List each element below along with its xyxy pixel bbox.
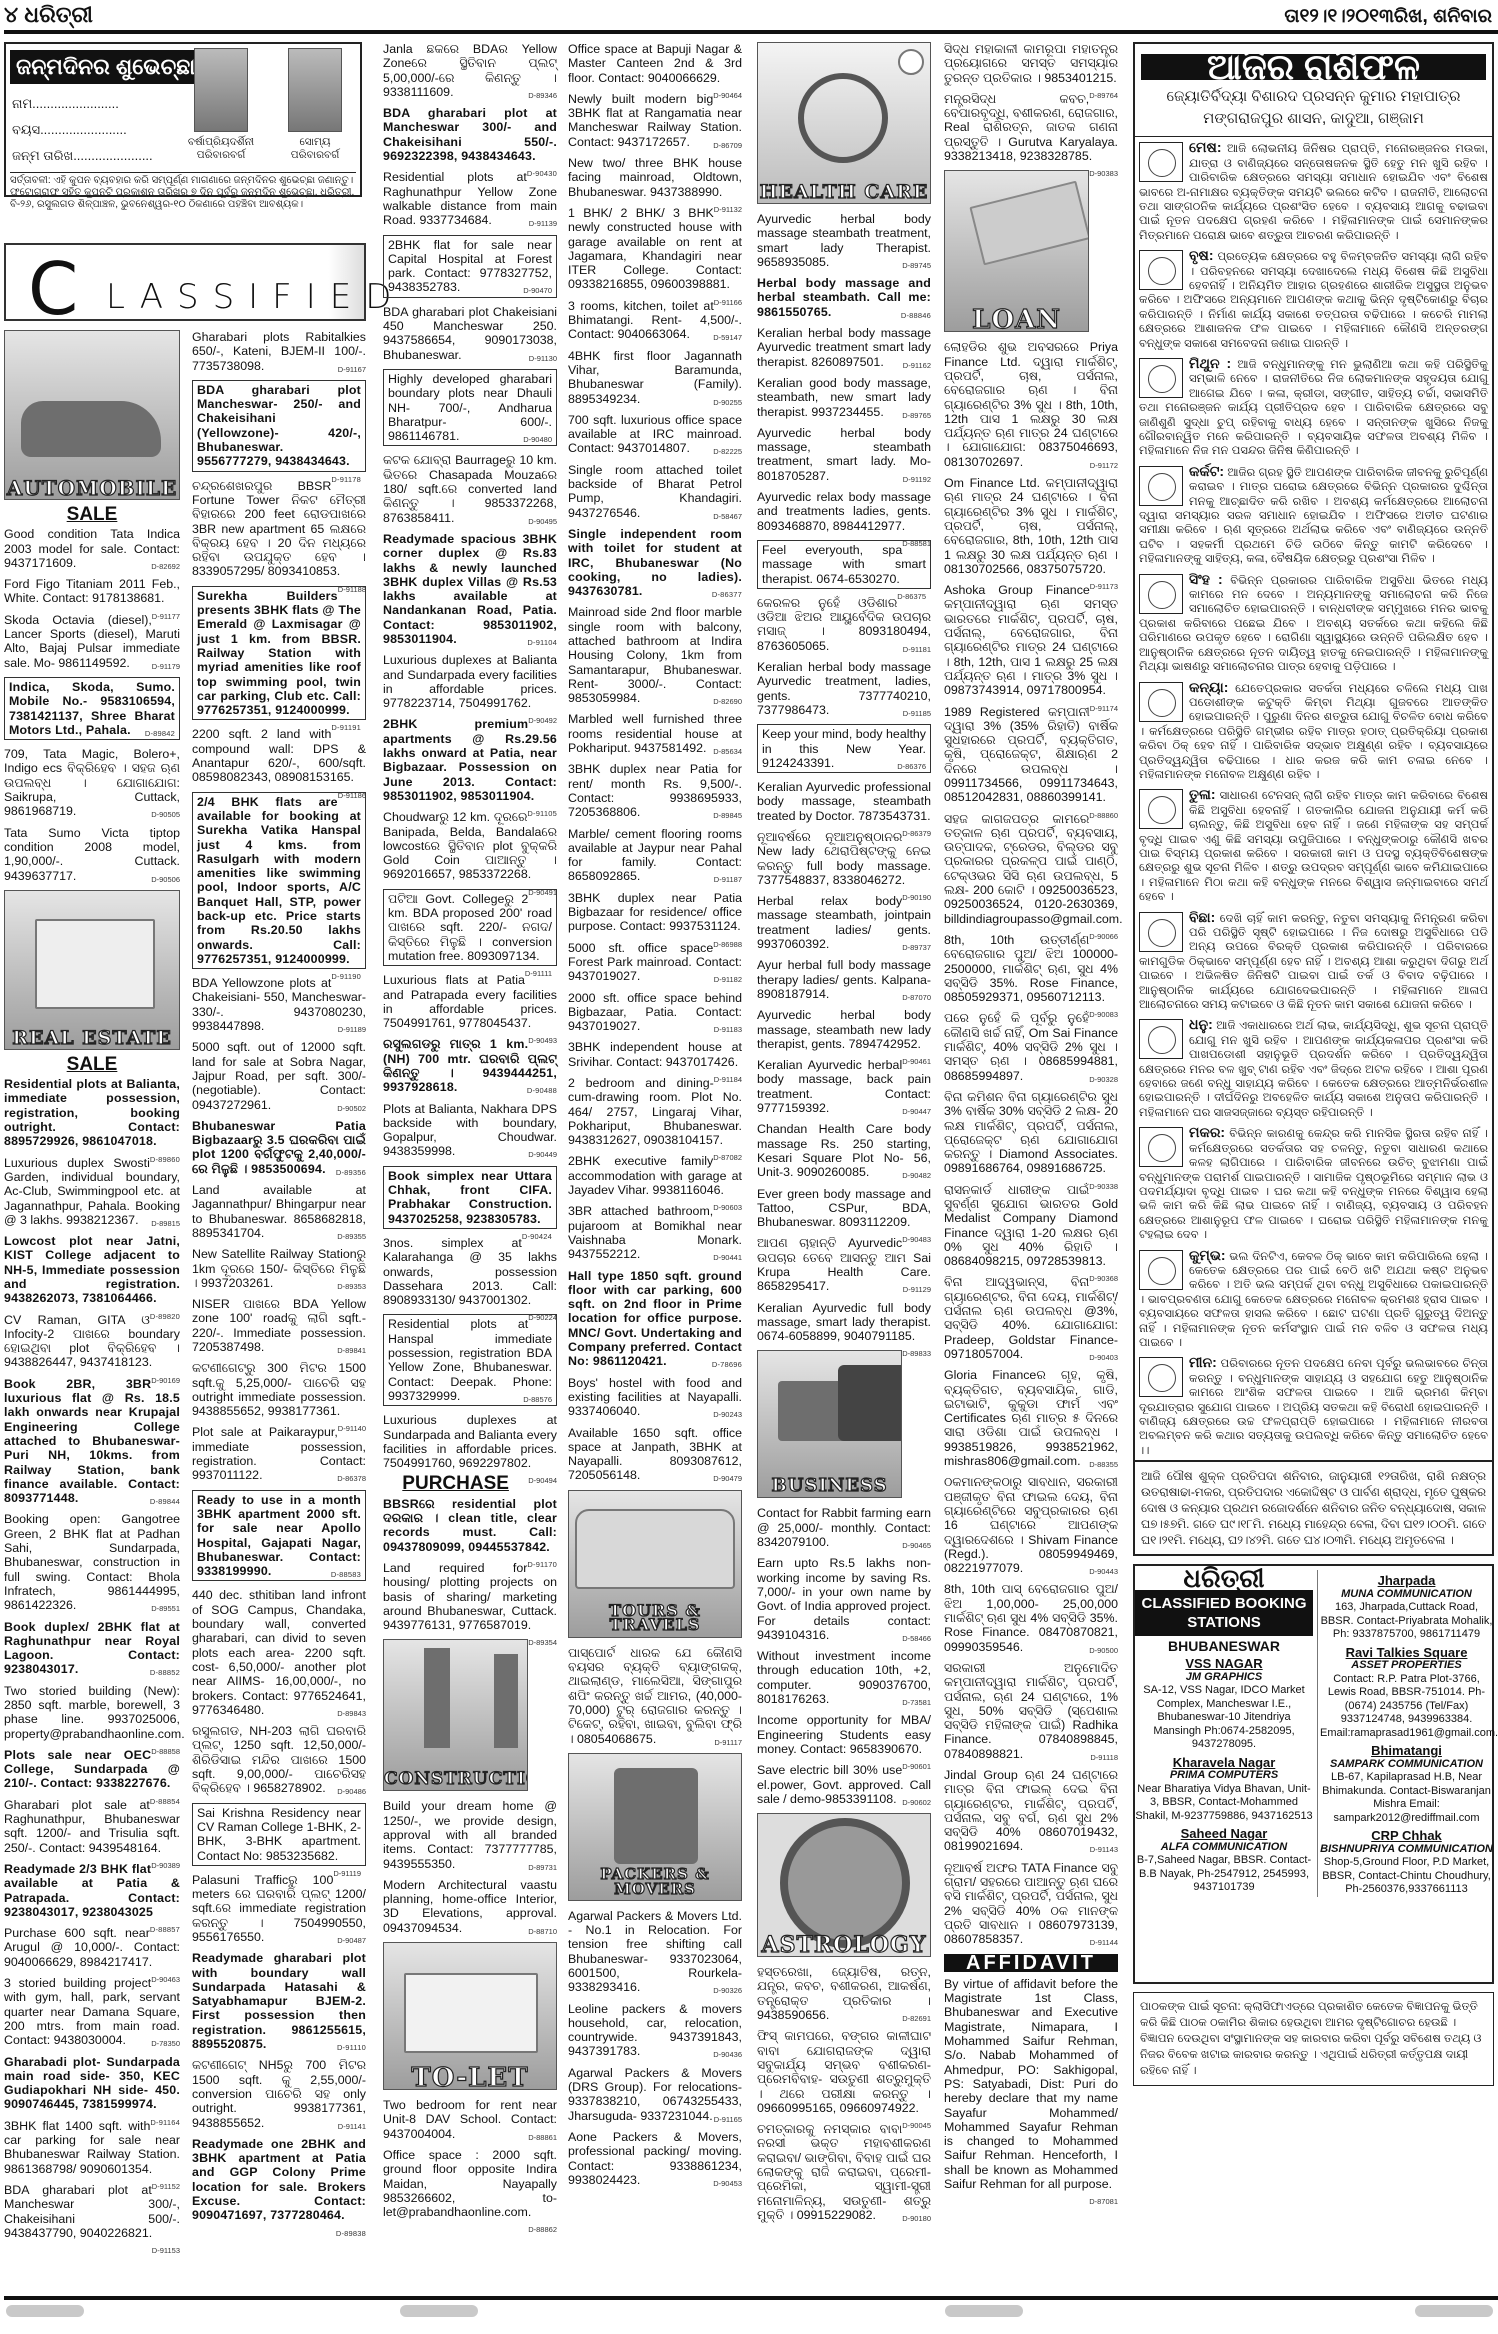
ad-code: D-91141 <box>338 2120 366 2134</box>
ad-code: D-90486 <box>337 1785 366 1799</box>
bus-icon <box>575 1509 735 1589</box>
page-tab-4 <box>1415 2305 1493 2317</box>
classified-ad: Office space at Bapuji Nagar & Master Ca… <box>568 42 742 85</box>
stethoscope-icon <box>798 73 888 163</box>
station-agency: SAMPARK COMMUNICATION <box>1320 1758 1493 1772</box>
station-area: Kharavela Nagar <box>1135 1756 1313 1770</box>
station-area: Jharpada <box>1320 1574 1493 1588</box>
ad-code: D-86376 <box>897 760 926 774</box>
house-icon <box>404 1973 538 2053</box>
ad-code: D-91177 <box>152 610 180 624</box>
classified-ad: 3nos. simplex at Kalarahanga @ 35 lakhs … <box>383 1236 557 1307</box>
classified-ad: Highly developed gharabari boundary plot… <box>383 369 557 446</box>
classified-ad: Single room attached toilet backside of … <box>568 463 742 520</box>
classified-ad: Ford Figo Titaniam 2011 Feb., White. Con… <box>4 577 180 606</box>
classified-ad: କଟକ ଯୋବ୍ରା Baurrageରୁ 10 km. ଭିତରେ Chasa… <box>383 453 557 524</box>
ad-code: D-90470 <box>523 284 552 298</box>
ad-code: D-86378 <box>337 1472 366 1486</box>
classified-ad: Keralian Ayurvedic professional body mas… <box>757 780 931 823</box>
classified-ad: 3BHK independent house at Srivihar. Cont… <box>568 1040 742 1069</box>
station-address: Near Bharatiya Vidya Bhavan, Unit-3, BBS… <box>1135 1783 1313 1824</box>
ad-code: D-89842 <box>145 727 175 741</box>
ad-code: D-88583 <box>331 1568 361 1582</box>
taurus-icon <box>1139 250 1183 290</box>
ad-code: D-88576 <box>523 1393 552 1407</box>
classified-ad: ରସୁଲଗଡ, NH-203 ଲାଗି ଘରବାରି ପ୍ଲଟ୍, 1250 s… <box>192 1724 366 1795</box>
ad-code: D-91152 <box>152 2180 180 2194</box>
ad-code: D-91162 <box>903 359 931 373</box>
horoscope-sign: ଧନୁ: ଆଜି ଏକାଧାରରେ ଅର୍ଥ ଲାଭ, କାର୍ଯ୍ୟସିଦ୍ଧ… <box>1135 1014 1492 1122</box>
ad-code: D-89353 <box>337 1280 366 1294</box>
classified-ad: 3BHK duplex near Patia Bigbazaar for res… <box>568 891 742 934</box>
classified-ad: Ayurvedic relax body massage and treatme… <box>757 490 931 533</box>
horoscope-sign: ମକର: ବିଭିନ୍ନ କାରଣକୁ କେନ୍ଦ୍ର କରି ମାନସିକ ସ… <box>1135 1122 1492 1244</box>
column-3a: HEALTH CARE Ayurvedic herbal body massag… <box>757 42 931 2229</box>
classified-ad: Om Finance Ltd. କମ୍ପାନୀଦ୍ୱାରା ଋଣ ମାତ୍ର 2… <box>944 476 1118 576</box>
ad-code: D-88858 <box>151 1745 180 1759</box>
ad-code: D-90603 <box>713 1201 742 1215</box>
classified-ad: Available 1650 sqft. office space at Jan… <box>568 1426 742 1483</box>
classified-ad: Residential plots at Hanspal immediate p… <box>383 1314 557 1406</box>
classified-ad: 709, Tata Magic, Bolero+, Indigo ecs ବିକ… <box>4 747 180 818</box>
photo-caption-1: ବର୍ଷାପ୍ରିୟଦର୍ଶିନୀ ପରିବାରବର୍ଗ <box>181 136 261 162</box>
ad-code: D-89354 <box>528 1636 557 1650</box>
ad-code: D-90243 <box>713 1408 742 1422</box>
classified-ad: Modern Architectural vaastu planning, ho… <box>383 1878 557 1935</box>
ad-code: D-90066 <box>1089 930 1118 944</box>
ad-code: D-86709 <box>713 139 742 153</box>
ad-code: D-89815 <box>151 1217 180 1231</box>
classified-ad: Keralian herbal body massage Ayurvedic t… <box>757 660 931 717</box>
classified-ad: Gharabari plots Rabitalkies 650/-, Katen… <box>192 330 366 373</box>
currency-note-icon <box>969 181 1089 266</box>
sagittarius-icon <box>1139 1019 1183 1059</box>
classified-ad: Luxurious duplexes at Sundarpada and Bal… <box>383 1413 557 1470</box>
photo-caption-2: ସୋମ୍ୟ ପରିବାରବର୍ଗ <box>275 136 355 162</box>
name-field: ନାମ........................ <box>12 96 119 112</box>
ad-code: D-91186 <box>338 789 366 803</box>
classified-ad: New Satellite Railway Stationରୁ 1km ଦୂରର… <box>192 1247 366 1290</box>
ad-code: D-90505 <box>151 808 180 822</box>
classified-ad: ଫିସ୍ କାମପରେ, ବଙ୍ଗର କାଳୀଘାଟ ବାବା ଯୋଗରାଜଙ୍… <box>757 2029 931 2115</box>
capricorn-icon <box>1139 1127 1183 1167</box>
ad-code: D-82691 <box>902 2012 931 2026</box>
classified-ad: 2/4 BHK flats are available for booking … <box>192 792 366 970</box>
classified-ad: Leoline packers & movers household, car,… <box>568 2002 742 2059</box>
automobile-banner: AUTOMOBILE <box>4 330 180 500</box>
ad-code: D-90461 <box>902 1055 931 1069</box>
astrology-banner: ASTROLOGY <box>757 1813 931 1957</box>
ad-code: D-88710 <box>528 1925 557 1939</box>
classified-ad: Land available at Jagannathpur/ Bhingarp… <box>192 1183 366 1240</box>
classified-ad: ହସ୍ତରେଖା, ଜ୍ୟୋତିଷ, ରତ୍ନ, ଯନ୍ତ୍ର, କବଚ, ବଶ… <box>757 1965 931 2022</box>
classified-ad: Residential plots at Balianta, immediate… <box>4 1077 180 1148</box>
station-address: B-7,Saheed Nagar, BBSR. Contact-B.B Naya… <box>1135 1854 1313 1895</box>
classified-ad: Hall type 1850 sqft. ground floor with c… <box>568 1269 742 1369</box>
classified-ad: Agarwal Packers & Movers Ltd. - No.1 in … <box>568 1909 742 1995</box>
classified-ad: Plots at Balianta, Nakhara DPS backside … <box>383 1102 557 1159</box>
ad-code: D-78350 <box>151 2037 180 2051</box>
tours-travels-banner: TOURS & TRAVELS <box>568 1490 742 1638</box>
column-3b: ସିଦ୍ଧ ମହାକାଳୀ କାମରୂପା ମହାତନ୍ତ୍ର ପ୍ରୟୋଗରେ… <box>944 42 1118 2210</box>
ad-code: D-91178 <box>331 473 361 487</box>
ad-code: D-91187 <box>714 873 742 887</box>
top-rule <box>4 30 1498 34</box>
classified-ad: Single independent room with toilet for … <box>568 527 742 598</box>
ad-code: D-91183 <box>714 1023 742 1037</box>
zodiac-wheel-icon <box>780 1818 910 1948</box>
station-address: Shop-5,Ground Floor, P.D Market, BBSR, C… <box>1320 1856 1493 1897</box>
classified-ad: Readymade one 2BHK and 3BHK apartment at… <box>192 2137 366 2223</box>
classified-ad: Ayurvedic herbal body massage, steambath… <box>757 426 931 483</box>
ad-code: D-89356 <box>336 1166 366 1180</box>
ad-code: D-90492 <box>528 714 557 728</box>
classified-ad: Luxurious duplexes at Balianta and Sunda… <box>383 653 557 710</box>
ad-code: D-91143 <box>1090 1843 1118 1857</box>
classified-ad: ଲୋହଡିର ଶୁଭ ଅବସରରେ Priya Finance Ltd. ଦ୍ୱ… <box>944 340 1118 469</box>
dateline: ତା୧୨।୧।୨୦୧୩ରିଖ, ଶନିବାର <box>1284 6 1492 28</box>
ad-code: D-91185 <box>903 707 931 721</box>
ad-code: D-91191 <box>331 721 361 735</box>
scorpio-icon <box>1139 912 1183 952</box>
ad-code: D-90169 <box>151 1374 180 1388</box>
ad-code: D-89745 <box>902 259 931 273</box>
horoscope-sign: କନ୍ୟା: ଯେତେପ୍ରକାର ସତର୍କତା ମଧ୍ୟରେ ଚଳିଲେ ମ… <box>1135 677 1492 785</box>
aquarius-icon <box>1139 1250 1183 1290</box>
ad-code: D-91132 <box>714 203 742 217</box>
ad-code: D-86377 <box>712 588 742 602</box>
station-agency: MUNA COMMUNICATION <box>1320 1588 1493 1602</box>
station-agency: PRIMA COMPUTERS <box>1135 1769 1313 1783</box>
classified-ad: Aone Packers & Movers, professional pack… <box>568 2130 742 2187</box>
ad-code: D-59147 <box>713 331 742 345</box>
classified-ad: କେରଳର ନୁହେଁ ଓଡିଶାର ଓଡିଆ ଝିଅର ଆୟୁର୍ବେଦିକ … <box>757 596 931 653</box>
child-photo-1 <box>194 48 248 132</box>
ad-code: D-90190 <box>902 891 931 905</box>
ad-code: D-89841 <box>337 1344 366 1358</box>
classified-ad: Ayurvedic herbal body massage, steambath… <box>757 1008 931 1051</box>
station-area: VSS NAGAR <box>1135 1657 1313 1671</box>
ad-code: D-89838 <box>336 2227 366 2241</box>
ad-code: D-91111 <box>525 967 552 981</box>
classified-ad: 8th, 10th ପାସ୍ ବେରୋଜଗାର ପୁଅ/ ଝିଅ 1,00,00… <box>944 1582 1118 1653</box>
horoscope-sign: କର୍କଟ: ଆଜିର ଗ୍ରହ ସ୍ଥିତି ଆପଣଙ୍କ ପାରିବାରିକ… <box>1135 461 1492 569</box>
birthday-coupon: ଜନ୍ମଦିନର ଶୁଭେଚ୍ଛା ନାମ...................… <box>4 42 362 197</box>
classified-banner: C LASSIFIED <box>4 243 366 321</box>
station-area: Bhimatangi <box>1320 1744 1493 1758</box>
classified-ad: ସହଜ କାଗଜପତ୍ର କାମରେ ତତ୍କାଳ ଋଣ ପ୍ରପର୍ଟି, ବ… <box>944 812 1118 926</box>
ad-code: D-88355 <box>1089 1458 1118 1472</box>
classified-ad: Office space : 2000 sqft. ground floor o… <box>383 2148 557 2219</box>
ad-code: D-90602 <box>902 1796 931 1810</box>
station-address: Contact: R.P. Patra Plot-3766, Lewis Roa… <box>1320 1673 1493 1741</box>
classified-ad: 2200 sqft. 2 land with compound wall: DP… <box>192 727 366 784</box>
classified-ad: ବିନା ଆଦ୍ୱଭାନ୍ସ, ବିନା ଗ୍ୟାରେଣ୍ଟର, ବିନା ଦେ… <box>944 1275 1118 1361</box>
birthday-title: ଜନ୍ମଦିନର ଶୁଭେଚ୍ଛା <box>10 50 201 84</box>
cancer-icon <box>1139 466 1183 506</box>
classified-ad: BBSRରେ residential plot ଦରକାର । clean ti… <box>383 1497 557 1554</box>
classified-ad: ନୂଆବର୍ଷ ଅଫର TATA Finance ସବୁ ଗ୍ରାମ/ ସହରର… <box>944 1861 1118 1947</box>
ad-code: D-88581 <box>902 537 931 551</box>
classified-ad: Book duplex/ 2BHK flat at Raghunathpur n… <box>4 1620 180 1677</box>
classified-ad: Boys' hostel with food and existing faci… <box>568 1376 742 1419</box>
ad-code: D-86988 <box>713 938 742 952</box>
classified-ad: ସରକାରୀ ଅନୁମୋଦିତ କମ୍ପାନୀଦ୍ୱାରା ମାର୍କଶିଟ୍,… <box>944 1661 1118 1761</box>
ad-code: D-89860 <box>150 1153 180 1167</box>
ad-code: D-90488 <box>527 1084 557 1098</box>
ad-code: D-89843 <box>337 1707 366 1721</box>
classified-ad: Palasuni Trafficରୁ 100 meters ରେ ଘରବାରି … <box>192 1873 366 1944</box>
classified-ad: Two storied building (New): 2850 sqft. m… <box>4 1684 180 1741</box>
station-address: SA-12, VSS Nagar, IDCO Market Complex, M… <box>1135 1684 1313 1752</box>
ad-code: D-87082 <box>713 1151 742 1165</box>
classified-ad: 440 dec. sthitiban land infront of SOG C… <box>192 1588 366 1717</box>
ad-code: D-91179 <box>152 660 180 674</box>
ad-code: D-82690 <box>713 695 742 709</box>
ad-code: D-90482 <box>902 1169 931 1183</box>
horoscope-sign: କୁମ୍ଭ: ଭଲ ଦିନଟିଏ, କେବଳ ଠିକ୍ ଭାବେ କାମ କରି… <box>1135 1245 1492 1353</box>
station-address: LB-67, Kapilaprasad H.B, Near Bhimakunda… <box>1320 1771 1493 1825</box>
ad-code: D-91153 <box>152 2244 180 2258</box>
station-agency: JM GRAPHICS <box>1135 1671 1313 1685</box>
classified-ad: Keralian herbal body massage Ayurvedic t… <box>757 326 931 369</box>
classified-ad: Build your dream home @ 1250/-, we provi… <box>383 1799 557 1870</box>
ad-code: D-90389 <box>151 1859 180 1873</box>
ad-code: D-89820 <box>150 1310 180 1324</box>
classified-ad: Marble/ cement flooring rooms available … <box>568 827 742 884</box>
classified-ad: New two/ three BHK house facing mainroad… <box>568 156 742 199</box>
ad-code: D-91144 <box>1090 1936 1118 1950</box>
ad-code: D-90443 <box>1089 1565 1118 1579</box>
classified-ad: Ayur herbal full body massage therapy la… <box>757 958 931 1001</box>
classified-ad: Gloria Financeର ଗୃହ, କୃଷି, ବ୍ୟକ୍ତିଗତ, ବ୍… <box>944 1368 1118 1468</box>
packers-movers-banner: PACKERS & MOVERS <box>568 1753 742 1901</box>
plus-icon <box>898 49 924 75</box>
page-tab-3 <box>945 2305 1023 2317</box>
almanac-note: ଆଜି ପୌଷ ଶୁକ୍ଳ ପ୍ରତିପଦା ଶନିବାର, ଜାନୁୟାରୀ … <box>1135 1460 1492 1554</box>
ad-code: D-91130 <box>529 352 557 366</box>
ad-code: D-73581 <box>902 1696 931 1710</box>
booking-city: BHUBANESWAR <box>1135 1640 1313 1654</box>
classified-ad: Sai Krishna Residency near CV Raman Coll… <box>192 1803 366 1866</box>
ad-code: D-91188 <box>338 583 366 597</box>
ad-code: D-91182 <box>714 973 742 987</box>
ad-code: D-90465 <box>902 1539 931 1553</box>
building-icon-2 <box>494 1654 518 1748</box>
dharitri-logo: ଧରିତ୍ରୀ <box>1135 1572 1313 1586</box>
ad-code: D-90328 <box>1089 1073 1118 1087</box>
classified-ad: Marbled well furnished three rooms resid… <box>568 712 742 755</box>
horoscope-sign: ବିଛା: ଦେଖି ଚାହିଁ କାମ କରନ୍ତୁ, ନତୁବା ସମସ୍ୟ… <box>1135 907 1492 1015</box>
ad-code: D-91119 <box>333 1867 361 1881</box>
masthead: ୪ ଧରିତ୍ରୀ ତା୧୨।୧।୨୦୧୩ରିଖ, ଶନିବାର <box>0 0 1498 34</box>
affidavit-notice: By virtue of affidavit before the Magist… <box>944 1977 1118 2191</box>
sale-heading: SALE <box>4 508 180 522</box>
ad-code: D-89551 <box>151 1602 180 1616</box>
classified-ad: Ashoka Group Finance କମ୍ପାନୀଦ୍ୱାରା ଋଣ ସମ… <box>944 583 1118 697</box>
classified-ad: 2BHK premium apartments @ Rs.29.56 lakhs… <box>383 717 557 803</box>
ad-code: D-90502 <box>337 1102 366 1116</box>
ad-code: D-89765 <box>902 409 931 423</box>
car-icon <box>21 401 161 457</box>
classified-ad: NISER ପାଖରେ BDA Yellow zone 100' roadକୁ … <box>192 1297 366 1354</box>
classified-ad: Keralian good body massage, steambath, n… <box>757 376 931 419</box>
ad-code: D-88860 <box>1089 809 1118 823</box>
ad-code: D-90326 <box>713 1984 742 1998</box>
horoscope-sign: ବୃଷ: ପ୍ରତ୍ୟେକ କ୍ଷେତ୍ରରେ ବହୁ ବିଳମ୍ବଜନିତ ସ… <box>1135 245 1492 353</box>
horoscope-panel: ଆଜିର ରାଶିଫଳ ଜ୍ୟୋତିର୍ବିଦ୍ୟା ବିଶାରଦ ପ୍ରସନ୍… <box>1133 42 1494 1556</box>
ad-code: D-90436 <box>713 2048 742 2062</box>
ad-code: D-91174 <box>1090 702 1118 716</box>
classified-ad: Lowcost plot near Jatni, KIST College ad… <box>4 1234 180 1305</box>
classified-ad: Keralian Ayurvedic full body massage, sm… <box>757 1301 931 1344</box>
ad-code: D-58466 <box>902 1632 931 1646</box>
classified-ad: ଚମତ୍କାରକୁ ନମସ୍କାର ବାବା ନରସୀ ଭକ୍ତ ମହାବଶୀକ… <box>757 2122 931 2222</box>
classified-ad: Chandan Health Care body massage Rs. 250… <box>757 1122 931 1179</box>
ad-code: D-91129 <box>903 1283 931 1297</box>
classified-ad: Luxurious flats at Patia and Patrapada e… <box>383 973 557 1030</box>
ad-code: D-91139 <box>529 217 557 231</box>
libra-icon <box>1139 789 1183 829</box>
booking-title: CLASSIFIED BOOKING STATIONS <box>1135 1590 1313 1636</box>
ad-code: D-90430 <box>527 167 557 181</box>
station-agency: BISHNUPRIYA COMMUNICATION <box>1320 1843 1493 1857</box>
ad-code: D-91170 <box>527 1558 557 1572</box>
classified-ad: Book simplex near Uttara Chhak, front CI… <box>383 1166 557 1229</box>
ad-code: D-91190 <box>331 970 361 984</box>
classified-ad: 700 sqft. luxurious office space availab… <box>568 413 742 456</box>
ad-code: D-90383 <box>1089 167 1118 181</box>
real-estate-banner: REAL ESTATE <box>4 890 180 1050</box>
classified-ad: Ayurvedic herbal body massage steambath … <box>757 212 931 269</box>
ad-code: D-90045 <box>902 2119 931 2133</box>
construction-banner: CONSTRUCTION <box>383 1639 528 1791</box>
station-address: 163, Jharpada,Cuttack Road, BBSR. Contac… <box>1320 1601 1493 1642</box>
ad-code: D-90494 <box>528 1474 557 1488</box>
ad-code: D-91105 <box>527 807 557 821</box>
aries-icon <box>1139 142 1183 182</box>
classified-ad: 5000 sqft. out of 12000 sqft. land for s… <box>192 1040 366 1111</box>
classified-ad: କଟଣୀଗେଟ୍‌ରୁ 300 ମିଟର 1500 sqft.କୁ 5,25,0… <box>192 1361 366 1418</box>
classified-ad: BDA gharabari plot Chakeisiani 450 Manch… <box>383 305 557 362</box>
bottom-rule <box>4 2296 1498 2300</box>
ad-code: D-91110 <box>337 2041 366 2055</box>
ad-code: D-89346 <box>528 89 557 103</box>
ad-code: D-90224 <box>528 1311 557 1325</box>
classified-ad: କଟଣୀଗେଟ୍ NH5ରୁ 700 ମିଟର 1500 sqft. କୁ 2,… <box>192 2058 366 2129</box>
classified-ad: ଠକମାନଙ୍କଠାରୁ ସାବଧାନ, ସରକାରୀ ପଞ୍ଜୀକୃତ ବିନ… <box>944 1475 1118 1575</box>
ad-code: D-91117 <box>714 1736 742 1750</box>
house-icon <box>35 919 155 1009</box>
ad-code: D-88857 <box>150 1923 180 1937</box>
affidavit-heading: AFFIDAVIT <box>944 1954 1118 1972</box>
ad-code: D-90447 <box>902 1105 931 1119</box>
age-field: ବୟସ........................ <box>12 122 127 138</box>
ad-code: D-89845 <box>713 809 742 823</box>
gemini-icon <box>1139 358 1183 398</box>
birthday-terms: ସର୍ତ୍ତାବଳୀ: ଏହି କୁପନ ବ୍ୟବହାର କରି ସମ୍ପୂର୍… <box>10 172 356 211</box>
ad-code: D-89737 <box>902 941 931 955</box>
classified-ad: Ever green body massage and Tattoo, CSPu… <box>757 1187 931 1230</box>
ad-code: D-90449 <box>528 1148 557 1162</box>
classified-ad: Readymade spacious 3BHK corner duplex @ … <box>383 532 557 646</box>
page-tab-2 <box>400 2305 478 2317</box>
horoscope-sign: ମେଷ: ଆଜି ଲୋଭନୀୟ ଜିନିଷର ପ୍ରାପ୍ତି, ମନୋରଞ୍ଜ… <box>1135 137 1492 245</box>
classified-ad: 1989 Registered କମ୍ପାନୀ ଦ୍ୱାରା 3% (35% ର… <box>944 705 1118 805</box>
classified-ad: 1 BHK/ 2 BHK/ 3 BHK newly constructed ho… <box>568 206 742 292</box>
ad-code: D-89355 <box>337 1230 366 1244</box>
ad-code: D-89844 <box>150 1495 180 1509</box>
ad-code: D-89833 <box>902 1347 931 1361</box>
ad-code: D-91118 <box>1090 1751 1118 1765</box>
horoscope-sign: ତୁଳା: ସାଧାରଣ ଟେନସନ୍ ଲାଗି ରହିବ ମାତ୍ର କାମ … <box>1135 784 1492 906</box>
classified-ad: Good condition Tata Indica 2003 model fo… <box>4 527 180 570</box>
station-area: CRP Chhak <box>1320 1829 1493 1843</box>
ad-code: D-91167 <box>338 363 366 377</box>
ad-code: D-90255 <box>713 396 742 410</box>
ad-code: D-91164 <box>150 2116 180 2130</box>
horoscope-title: ଆଜିର ରାଶିଫଳ <box>1141 54 1486 80</box>
classified-ad: ରାସନକାର୍ଡ ଧାରୀଙ୍କ ପାଇଁ ସୁବର୍ଣ୍ଣ ସୁଯୋଗ ଭା… <box>944 1183 1118 1269</box>
station-area: Ravi Talkies Square <box>1320 1646 1493 1660</box>
ad-code: D-91166 <box>714 296 742 310</box>
ad-code: D-90338 <box>1089 1180 1118 1194</box>
booking-left: ଧରିତ୍ରୀ CLASSIFIED BOOKING STATIONS BHUB… <box>1135 1570 1313 1895</box>
sale-heading-2: SALE <box>4 1058 180 1072</box>
column-2b: Office space at Bapuji Nagar & Master Ca… <box>568 42 742 2194</box>
classified-ad: Tata Sumo Victa tiptop condition 2008 mo… <box>4 826 180 883</box>
classified-ad: BDA gharabari plot Mancheswar- 250/- and… <box>192 380 366 472</box>
ad-code: D-90441 <box>713 1251 742 1265</box>
to-let-banner: TO-LET <box>383 1942 557 2090</box>
station-agency: ALFA COMMUNICATION <box>1135 1841 1313 1855</box>
ad-code: D-88852 <box>150 1666 180 1680</box>
ad-code: D-91181 <box>903 643 931 657</box>
ad-code: D-58467 <box>713 510 742 524</box>
ad-code: D-89731 <box>528 1861 557 1875</box>
ad-code: D-90495 <box>528 515 557 529</box>
health-care-banner: HEALTH CARE <box>757 42 931 204</box>
classified-ad: Keep your mind, body healthy in this New… <box>757 724 931 773</box>
classified-ad: 2000 sft. office space behind Bigbazaar,… <box>568 991 742 1034</box>
ad-code: D-91140 <box>338 1422 366 1436</box>
classified-ad: Herbal body massage and herbal steambath… <box>757 276 931 319</box>
ad-code: D-88854 <box>150 1795 180 1809</box>
classified-ad: ସିଦ୍ଧ ମହାକାଳୀ କାମରୂପା ମହାତନ୍ତ୍ର ପ୍ରୟୋଗରେ… <box>944 42 1118 85</box>
ad-code: D-91104 <box>527 636 557 650</box>
leo-icon <box>1139 574 1183 614</box>
astrologer-byline: ଜ୍ୟୋତିର୍ବିଦ୍ୟା ବିଶାରଦ ପ୍ରସନ୍ନ କୁମାର ମହାପ… <box>1135 80 1492 137</box>
dob-field: ଜନ୍ମ ତାରିଖ...................... <box>12 148 153 164</box>
ad-code: D-90464 <box>713 89 742 103</box>
ad-code: D-90479 <box>713 1472 742 1486</box>
classified-ad: Indica, Skoda, Sumo. Mobile No.- 9583106… <box>4 677 180 740</box>
classified-ad: Janla ଛକରେ BDAର Yellow Zoneରେ ସ୍ଥିତିବାନ … <box>383 42 557 99</box>
truck-icon <box>614 1768 698 1864</box>
page-number: ୪ ଧରିତ୍ରୀ <box>4 2 93 28</box>
classified-ad: ପଟିଆ Govt. Collegeରୁ 2 km. BDA proposed … <box>383 889 557 966</box>
ad-code: D-90483 <box>902 1233 931 1247</box>
classified-ad: Contact for Rabbit farming earn @ 25,000… <box>757 1506 931 1549</box>
station-area: Saheed Nagar <box>1135 1827 1313 1841</box>
booking-stations-box: ଧରିତ୍ରୀ CLASSIFIED BOOKING STATIONS BHUB… <box>1133 1564 1494 1984</box>
ad-code: D-91173 <box>1090 580 1118 594</box>
ad-code: D-90601 <box>902 1760 931 1774</box>
ad-code: D-90083 <box>1089 1008 1118 1022</box>
booking-right: JharpadaMUNA COMMUNICATION163, Jharpada,… <box>1317 1570 1493 1897</box>
classified-ad: Two bedroom for rent near Unit-8 DAV Sch… <box>383 2098 557 2141</box>
briefcase-icon <box>838 1365 902 1441</box>
